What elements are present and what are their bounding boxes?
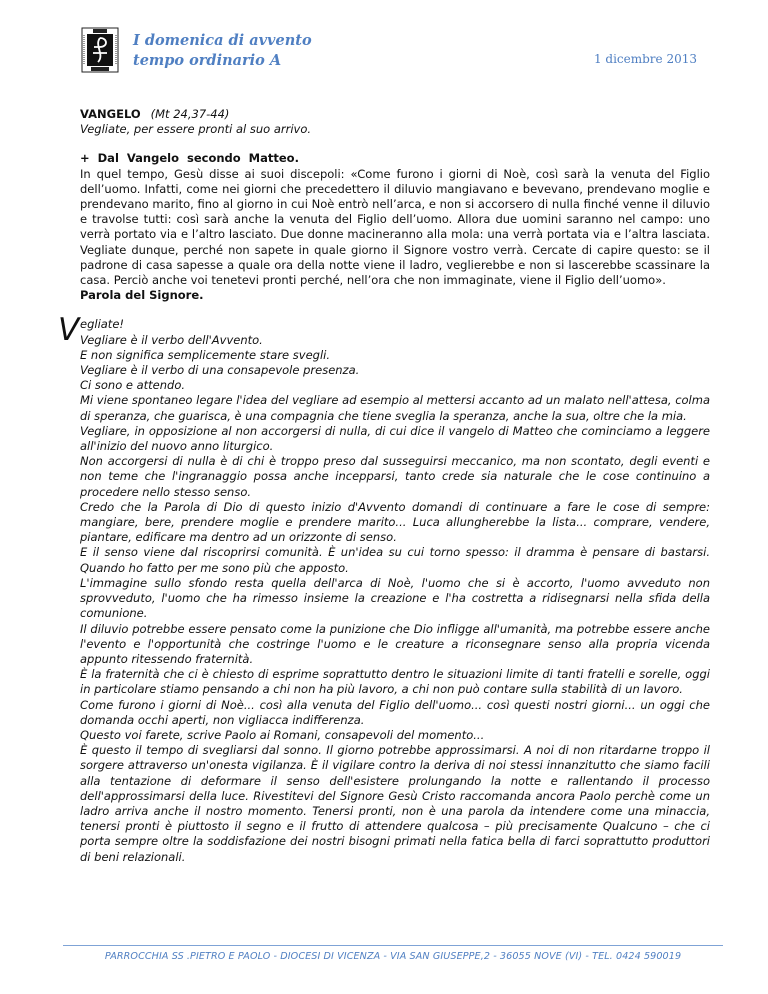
reflection-paragraph: Ci sono e attendo. (80, 378, 710, 393)
title-line-1: I domenica di avvento (133, 31, 312, 51)
gospel-label: VANGELO (80, 107, 141, 121)
date-label: 1 dicembre 2013 (594, 52, 697, 66)
reflection-paragraph: Come furono i giorni di Noè... così alla… (80, 698, 710, 728)
reflection-first-line: egliate! (80, 317, 710, 332)
reflection-paragraph: Vegliare è il verbo dell'Avvento. (80, 333, 710, 348)
footer-divider (63, 945, 723, 946)
reflection-paragraph: Vegliare, in opposizione al non accorger… (80, 424, 710, 454)
reading-heading: + Dal Vangelo secondo Matteo. (80, 151, 710, 166)
reflection-section: V egliate! Vegliare è il verbo dell'Avve… (80, 317, 710, 864)
title-line-2: tempo ordinario A (133, 51, 312, 71)
document-page: I domenica di avvento tempo ordinario A … (0, 0, 768, 994)
reflection-paragraph: Vegliare è il verbo di una consapevole p… (80, 363, 710, 378)
gospel-subtitle: Vegliate, per essere pronti al suo arriv… (80, 122, 710, 137)
reflection-paragraph: È la fraternità che ci è chiesto di espr… (80, 667, 710, 697)
gospel-reference: (Mt 24,37-44) (151, 107, 230, 121)
reflection-paragraph: E il senso viene dal riscoprirsi comunit… (80, 545, 710, 575)
parish-logo-icon (80, 25, 120, 75)
reflection-paragraph: Questo voi farete, scrive Paolo ai Roman… (80, 728, 710, 743)
reflection-paragraph: È questo il tempo di svegliarsi dal sonn… (80, 743, 710, 865)
reflection-paragraph: E non significa semplicemente stare sveg… (80, 348, 710, 363)
page-title: I domenica di avvento tempo ordinario A (133, 31, 312, 71)
drop-cap: V (58, 315, 79, 346)
reflection-paragraph: Non accorgersi di nulla è di chi è tropp… (80, 454, 710, 500)
document-body: VANGELO(Mt 24,37-44) Vegliate, per esser… (80, 107, 710, 865)
gospel-heading: VANGELO(Mt 24,37-44) (80, 107, 710, 122)
page-header: I domenica di avvento tempo ordinario A … (80, 25, 712, 77)
gospel-text: In quel tempo, Gesù disse ai suoi discep… (80, 167, 710, 289)
reflection-paragraph: L'immagine sullo sfondo resta quella del… (80, 576, 710, 622)
reflection-paragraph: Credo che la Parola di Dio di questo ini… (80, 500, 710, 546)
gospel-closing: Parola del Signore. (80, 288, 710, 303)
reflection-paragraph: Il diluvio potrebbe essere pensato come … (80, 622, 710, 668)
footer-address: PARROCCHIA SS .PIETRO E PAOLO - DIOCESI … (63, 951, 723, 962)
reflection-paragraph: Mi viene spontaneo legare l'idea del veg… (80, 393, 710, 423)
